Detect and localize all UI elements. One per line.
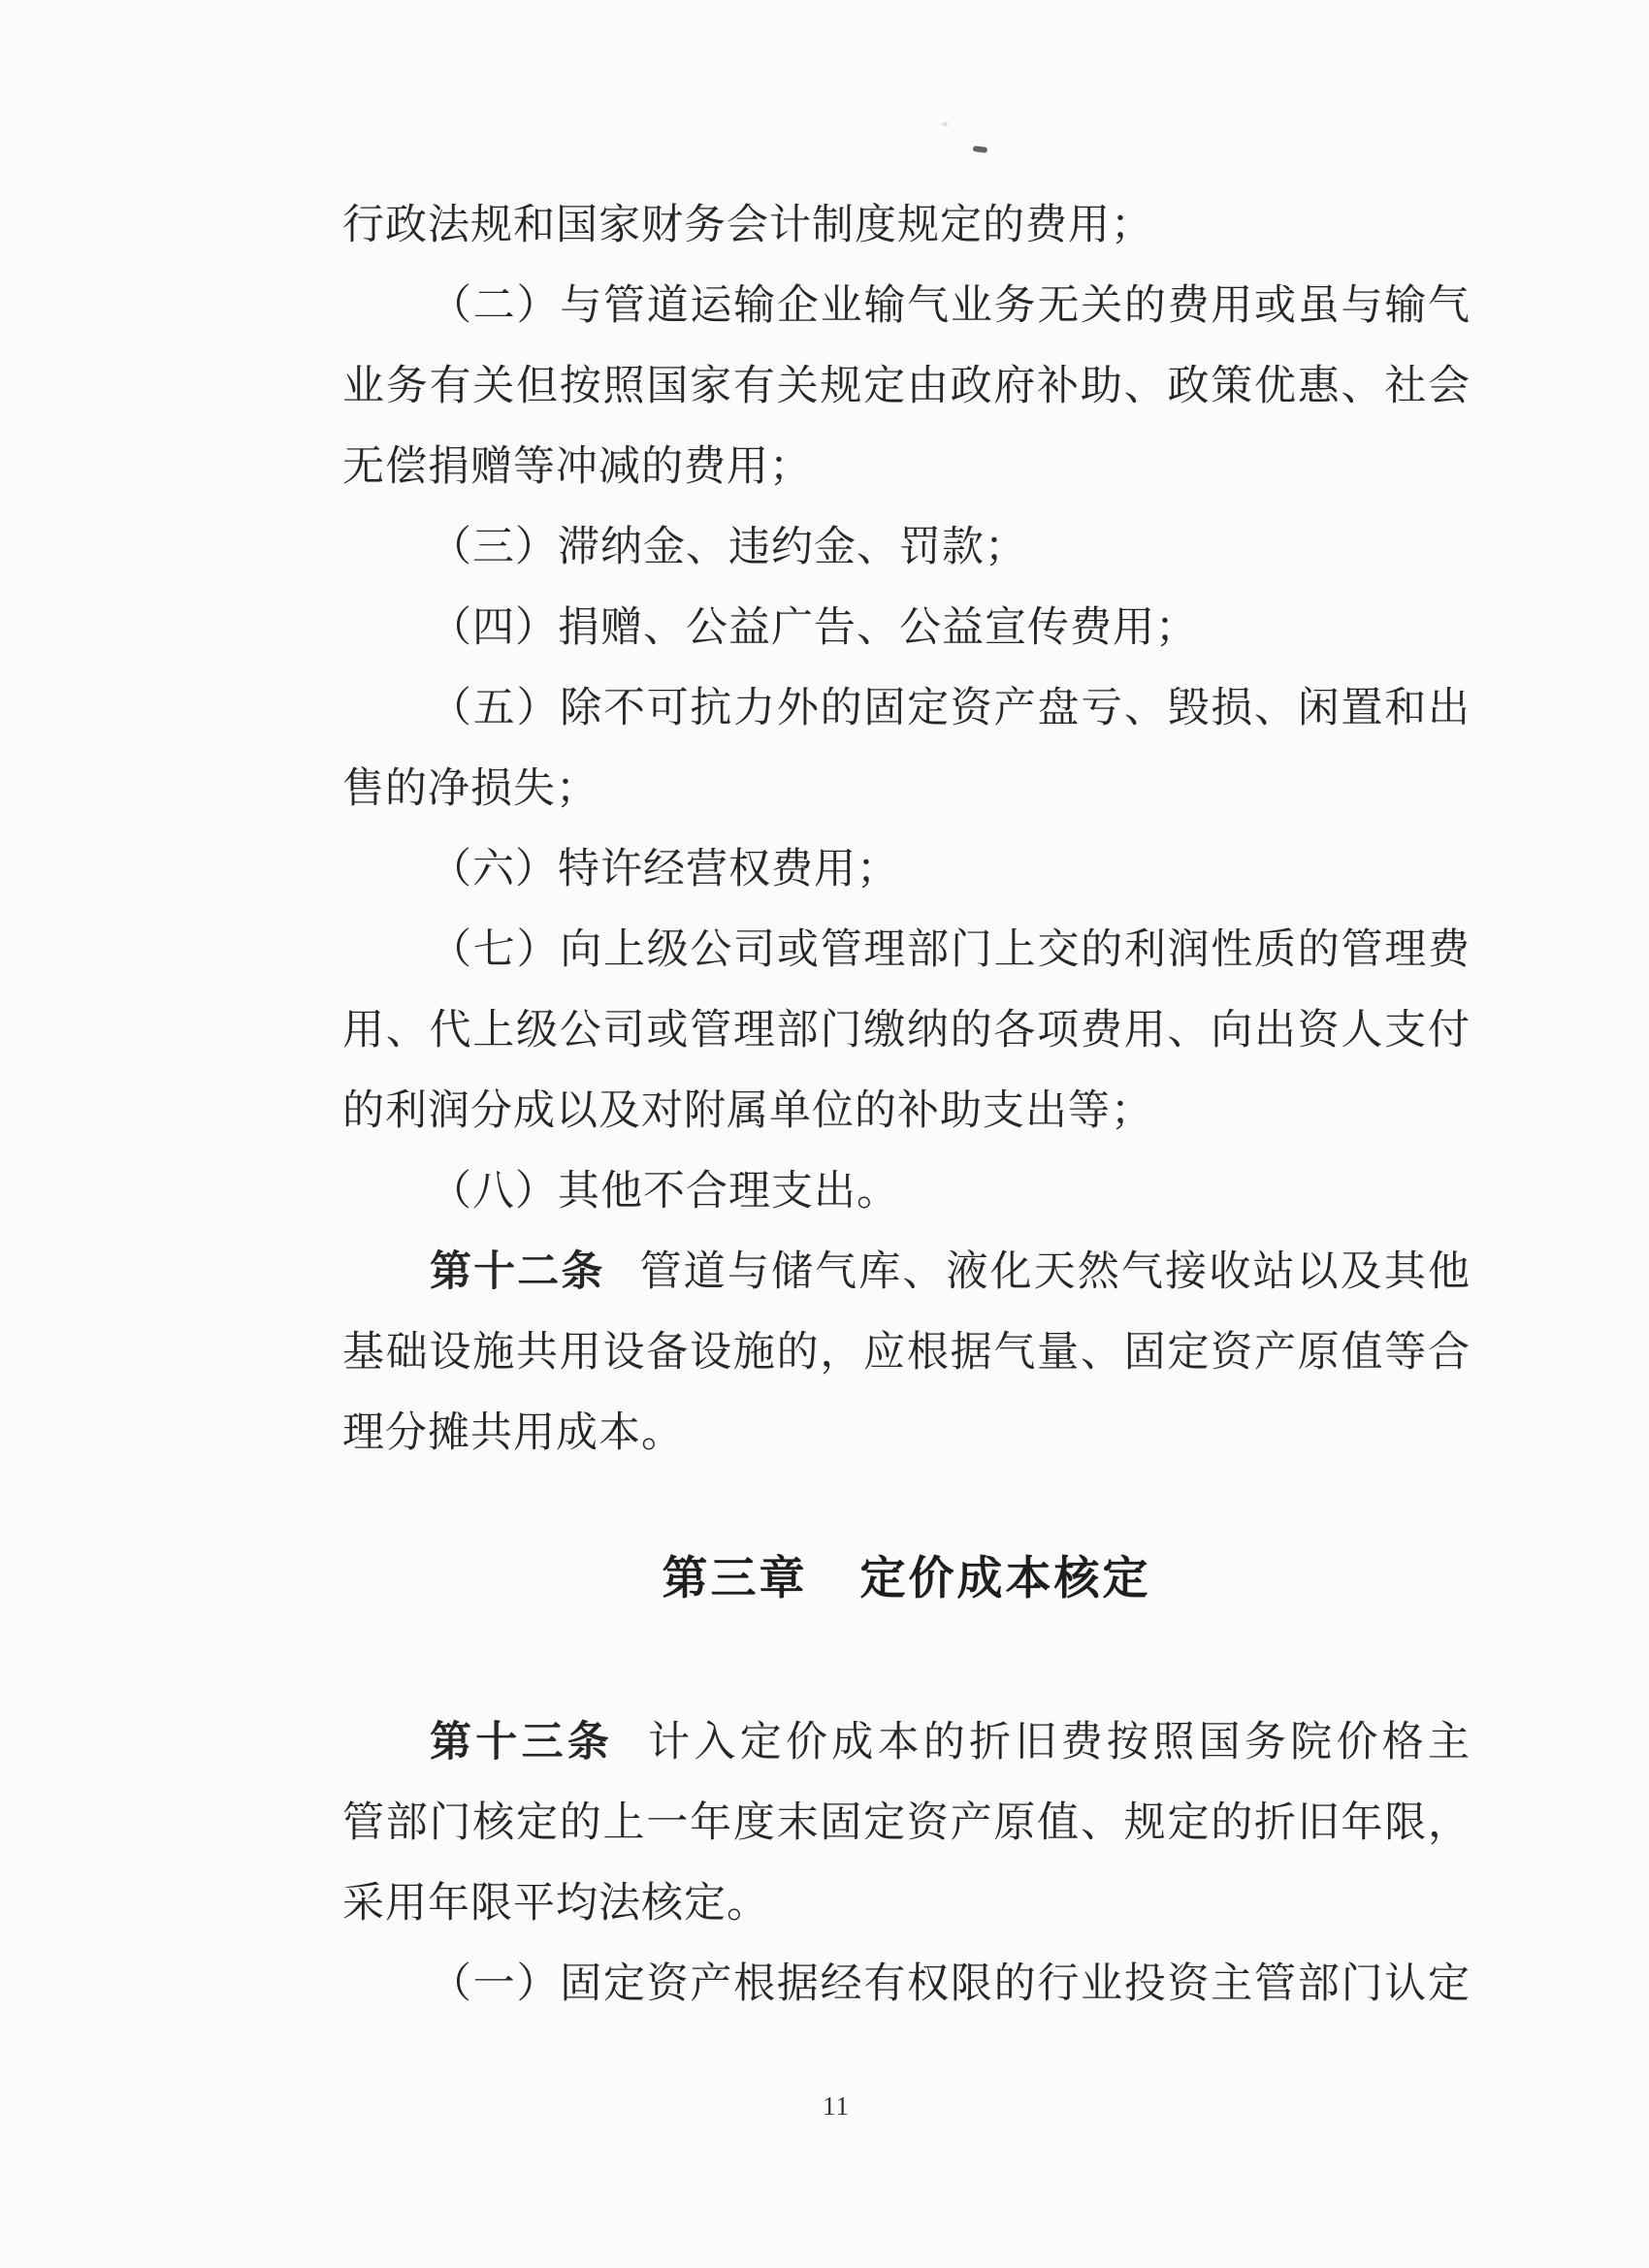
body-text-upper: 行政法规和国家财务会计制度规定的费用；（二）与管道运输企业输气业务无关的费用或虽… — [342, 185, 1471, 1474]
scan-artifact-speck — [973, 146, 988, 153]
chapter-title: 定价成本核定 — [860, 1552, 1151, 1605]
body-line: 基础设施共用设备设施的，应根据气量、固定资产原值等合 — [342, 1312, 1471, 1393]
body-line: （五）除不可抗力外的固定资产盘亏、毁损、闲置和出 — [342, 668, 1471, 749]
article-line: 第十三条计入定价成本的折旧费按照国务院价格主 — [342, 1702, 1471, 1783]
body-line: （四）捐赠、公益广告、公益宣传费用； — [342, 588, 1471, 668]
page-number: 11 — [0, 2091, 1649, 2122]
body-line: （八）其他不合理支出。 — [342, 1151, 1471, 1232]
chapter-number: 第三章 — [663, 1552, 808, 1605]
body-line: （七）向上级公司或管理部门上交的利润性质的管理费 — [342, 910, 1471, 990]
body-line: （二）与管道运输企业输气业务无关的费用或虽与输气 — [342, 266, 1471, 346]
scan-artifact-dot — [942, 122, 948, 126]
body-line: 售的净损失； — [342, 749, 1471, 829]
article-line: 第十二条管道与储气库、液化天然气接收站以及其他 — [342, 1232, 1471, 1312]
body-line: 理分摊共用成本。 — [342, 1393, 1471, 1474]
body-line: 无偿捐赠等冲减的费用； — [342, 427, 1471, 507]
article-number: 第十二条 — [430, 1249, 605, 1295]
body-line: 行政法规和国家财务会计制度规定的费用； — [342, 185, 1471, 266]
body-line: 管部门核定的上一年度末固定资产原值、规定的折旧年限， — [342, 1783, 1471, 1863]
body-text-lower: 第十三条计入定价成本的折旧费按照国务院价格主管部门核定的上一年度末固定资产原值、… — [342, 1702, 1471, 2025]
body-line: 采用年限平均法核定。 — [342, 1863, 1471, 1944]
body-line: 的利润分成以及对附属单位的补助支出等； — [342, 1071, 1471, 1151]
body-line: 用、代上级公司或管理部门缴纳的各项费用、向出资人支付 — [342, 990, 1471, 1071]
document-page: 行政法规和国家财务会计制度规定的费用；（二）与管道运输企业输气业务无关的费用或虽… — [0, 0, 1649, 2268]
body-line: （三）滞纳金、违约金、罚款； — [342, 507, 1471, 588]
body-line: （一）固定资产根据经有权限的行业投资主管部门认定 — [342, 1944, 1471, 2025]
article-number: 第十三条 — [430, 1720, 613, 1766]
body-line: 业务有关但按照国家有关规定由政府补助、政策优惠、社会 — [342, 346, 1471, 427]
body-line: （六）特许经营权费用； — [342, 829, 1471, 910]
chapter-heading: 第三章定价成本核定 — [342, 1539, 1471, 1619]
